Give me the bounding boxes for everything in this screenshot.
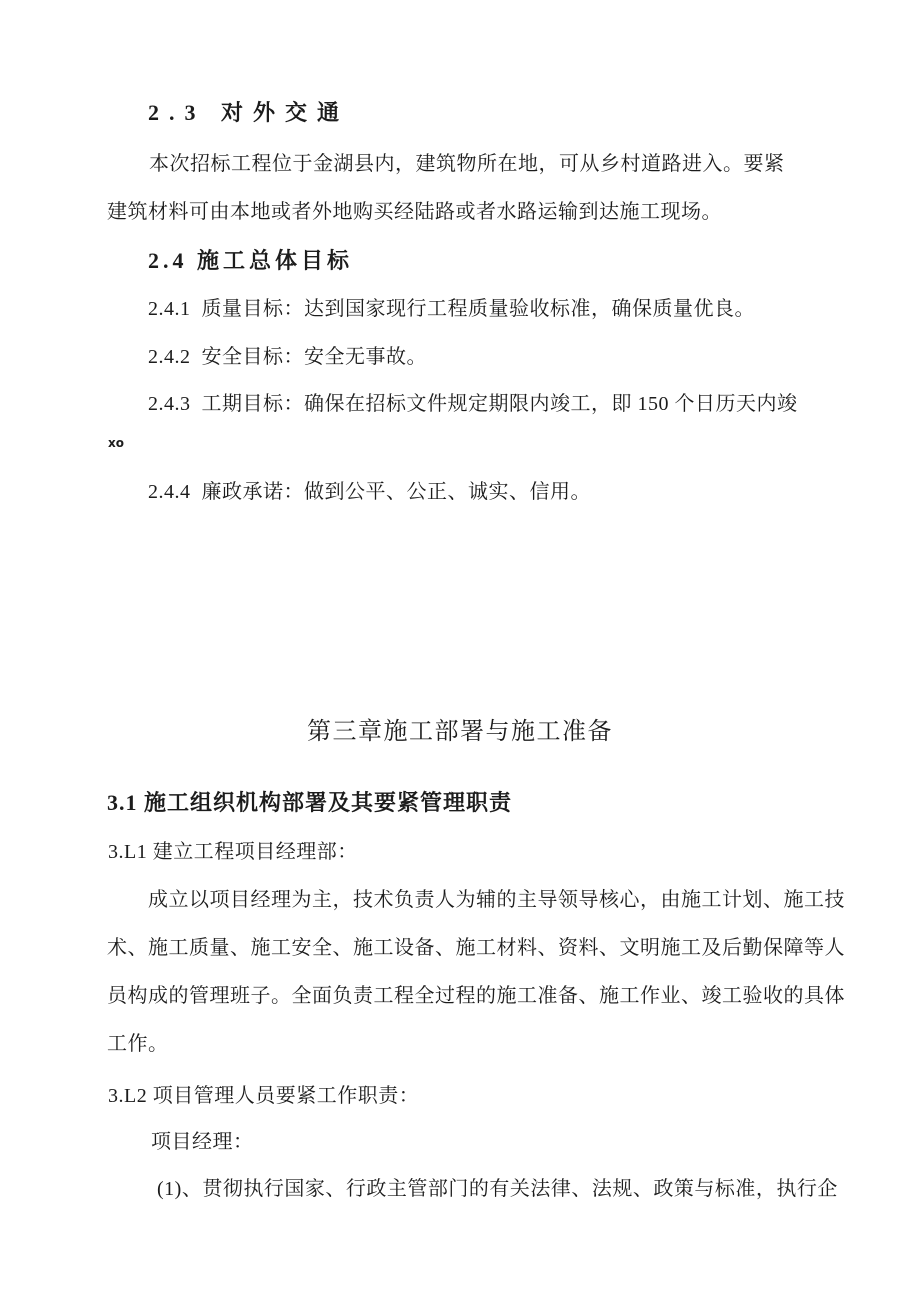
item-2-4-4: 2.4.4 廉政承诺：做到公平、公正、诚实、信用。 — [148, 479, 591, 505]
duty-item-1: (1)、贯彻执行国家、行政主管部门的有关法律、法规、政策与标准，执行企 — [157, 1176, 838, 1202]
item-2-4-1: 2.4.1 质量目标：达到国家现行工程质量验收标准，确保质量优良。 — [148, 296, 755, 322]
role-label-project-manager: 项目经理： — [151, 1129, 254, 1155]
chapter-3-title: 第三章施工部署与施工准备 — [0, 711, 920, 746]
section-2-3-paragraph-line-1: 本次招标工程位于金湖县内，建筑物所在地，可从乡村道路进入。要紧 — [149, 151, 785, 177]
section-3-1-paragraph-line-4: 工作。 — [107, 1031, 169, 1057]
section-3-1-paragraph-line-3: 员构成的管理班子。全面负责工程全过程的施工准备、施工作业、竣工验收的具体 — [107, 983, 845, 1009]
section-2-3-paragraph-line-2: 建筑材料可由本地或者外地购买经陆路或者水路运输到达施工现场。 — [107, 199, 722, 225]
section-3-1-heading: 3.1 施工组织机构部署及其要紧管理职责 — [107, 790, 512, 816]
section-3-1-paragraph-line-1: 成立以项目经理为主，技术负责人为辅的主导领导核心，由施工计划、施工技 — [148, 887, 845, 913]
section-2-3-heading: 2.3 对外交通 — [148, 100, 349, 126]
section-3-1-paragraph-line-2: 术、施工质量、施工安全、施工设备、施工材料、资料、文明施工及后勤保障等人 — [107, 935, 845, 961]
sub-3-l2-heading: 3.L2 项目管理人员要紧工作职责： — [108, 1083, 419, 1109]
document-page: 2.3 对外交通 本次招标工程位于金湖县内，建筑物所在地，可从乡村道路进入。要紧… — [0, 0, 920, 1301]
sub-3-l1-heading: 3.L1 建立工程项目经理部： — [108, 839, 358, 865]
item-2-4-3-overflow-artifact: xo — [108, 436, 124, 450]
section-2-4-heading: 2.4 施工总体目标 — [148, 248, 353, 274]
item-2-4-3: 2.4.3 工期目标：确保在招标文件规定期限内竣工，即 150 个日历天内竣 — [148, 391, 798, 417]
item-2-4-2: 2.4.2 安全目标：安全无事故。 — [148, 344, 427, 370]
